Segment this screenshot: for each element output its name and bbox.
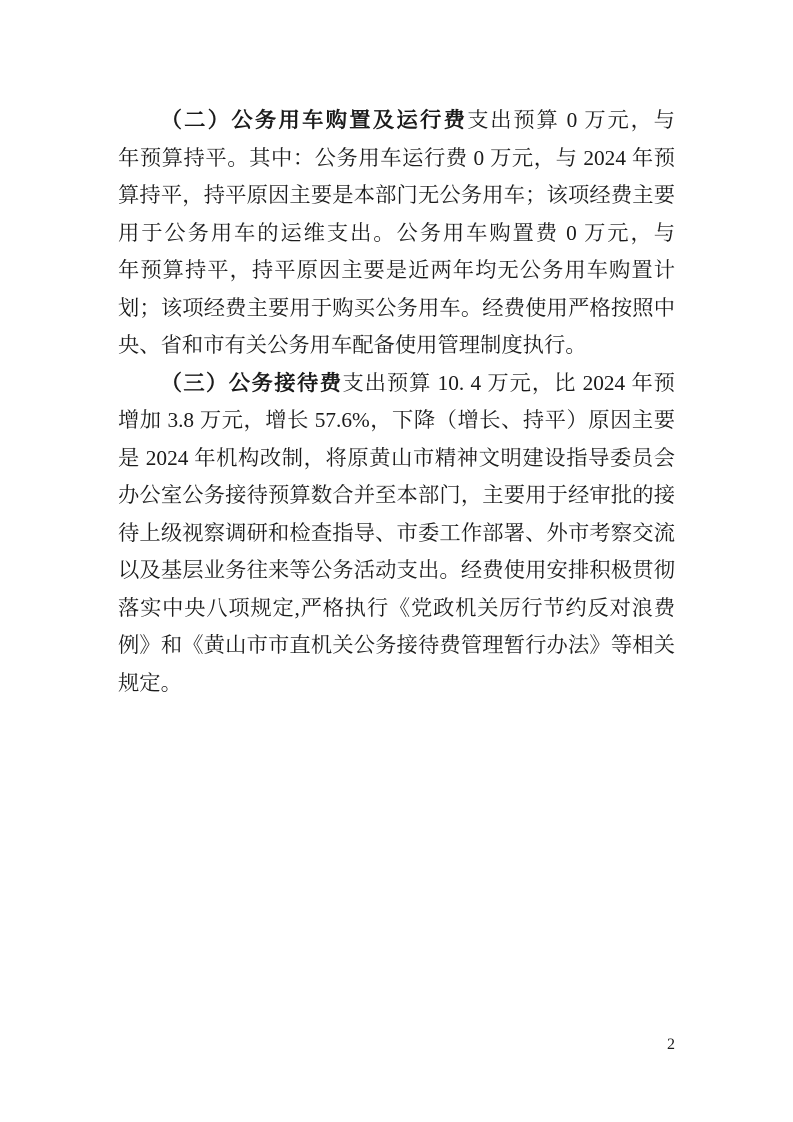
line-text: 年预算持平，持平原因主要是近两年均无公务用车购置计 (118, 258, 675, 282)
line-text: 办公室公务接待预算数合并至本部门，主要用于经审批的接 (118, 483, 675, 507)
line-text: 是 2024 年机构改制，将原黄山市精神文明建设指导委员会 (118, 446, 675, 470)
line-text: 待上级视察调研和检查指导、市委工作部署、外市考察交流 (118, 521, 675, 545)
text-line: （三）公务接待费支出预算 10. 4 万元，比 2024 年预算 (118, 365, 675, 403)
body-text: （二）公务用车购置及运行费支出预算 0 万元，与 2024年预算持平。其中：公务… (118, 102, 675, 702)
text-line: 用于公务用车的运维支出。公务用车购置费 0 万元，与 2024 (118, 215, 675, 253)
line-text: 落实中央八项规定,严格执行《党政机关厉行节约反对浪费条 (118, 596, 675, 628)
text-line: 落实中央八项规定,严格执行《党政机关厉行节约反对浪费条 (118, 590, 675, 628)
text-line: 办公室公务接待预算数合并至本部门，主要用于经审批的接 (118, 477, 675, 515)
line-text: 例》和《黄山市市直机关公务接待费管理暂行办法》等相关 (118, 633, 675, 657)
document-page: （二）公务用车购置及运行费支出预算 0 万元，与 2024年预算持平。其中：公务… (0, 0, 793, 1122)
paragraph-heading: （二）公务用车购置及运行费 (161, 108, 468, 132)
line-text: 央、省和市有关公务用车配备使用管理制度执行。 (118, 333, 587, 357)
text-line: 规定。 (118, 665, 675, 703)
text-line: 是 2024 年机构改制，将原黄山市精神文明建设指导委员会 (118, 440, 675, 478)
line-text: 划；该项经费主要用于购买公务用车。经费使用严格按照中 (118, 296, 675, 320)
text-line: 算持平，持平原因主要是本部门无公务用车；该项经费主要 (118, 177, 675, 215)
text-line: 待上级视察调研和检查指导、市委工作部署、外市考察交流 (118, 515, 675, 553)
text-line: 央、省和市有关公务用车配备使用管理制度执行。 (118, 327, 675, 365)
line-text: 用于公务用车的运维支出。公务用车购置费 0 万元，与 2024 (118, 221, 675, 253)
text-line: 增加 3.8 万元，增长 57.6%，下降（增长、持平）原因主要 (118, 402, 675, 440)
line-text: 算持平，持平原因主要是本部门无公务用车；该项经费主要 (118, 183, 675, 207)
line-text: 以及基层业务往来等公务活动支出。经费使用安排积极贯彻 (118, 558, 675, 582)
text-line: 年预算持平。其中：公务用车运行费 0 万元，与 2024 年预 (118, 140, 675, 178)
text-line: 例》和《黄山市市直机关公务接待费管理暂行办法》等相关 (118, 627, 675, 665)
line-text: 年预算持平。其中：公务用车运行费 0 万元，与 2024 年预 (118, 146, 675, 170)
page-number: 2 (118, 1035, 675, 1055)
text-line: （二）公务用车购置及运行费支出预算 0 万元，与 2024 (118, 102, 675, 140)
line-text: 增加 3.8 万元，增长 57.6%，下降（增长、持平）原因主要 (118, 408, 675, 432)
line-text: 规定。 (118, 671, 182, 695)
paragraph-heading: （三）公务接待费 (161, 371, 343, 395)
text-line: 以及基层业务往来等公务活动支出。经费使用安排积极贯彻 (118, 552, 675, 590)
text-line: 年预算持平，持平原因主要是近两年均无公务用车购置计 (118, 252, 675, 290)
text-line: 划；该项经费主要用于购买公务用车。经费使用严格按照中 (118, 290, 675, 328)
